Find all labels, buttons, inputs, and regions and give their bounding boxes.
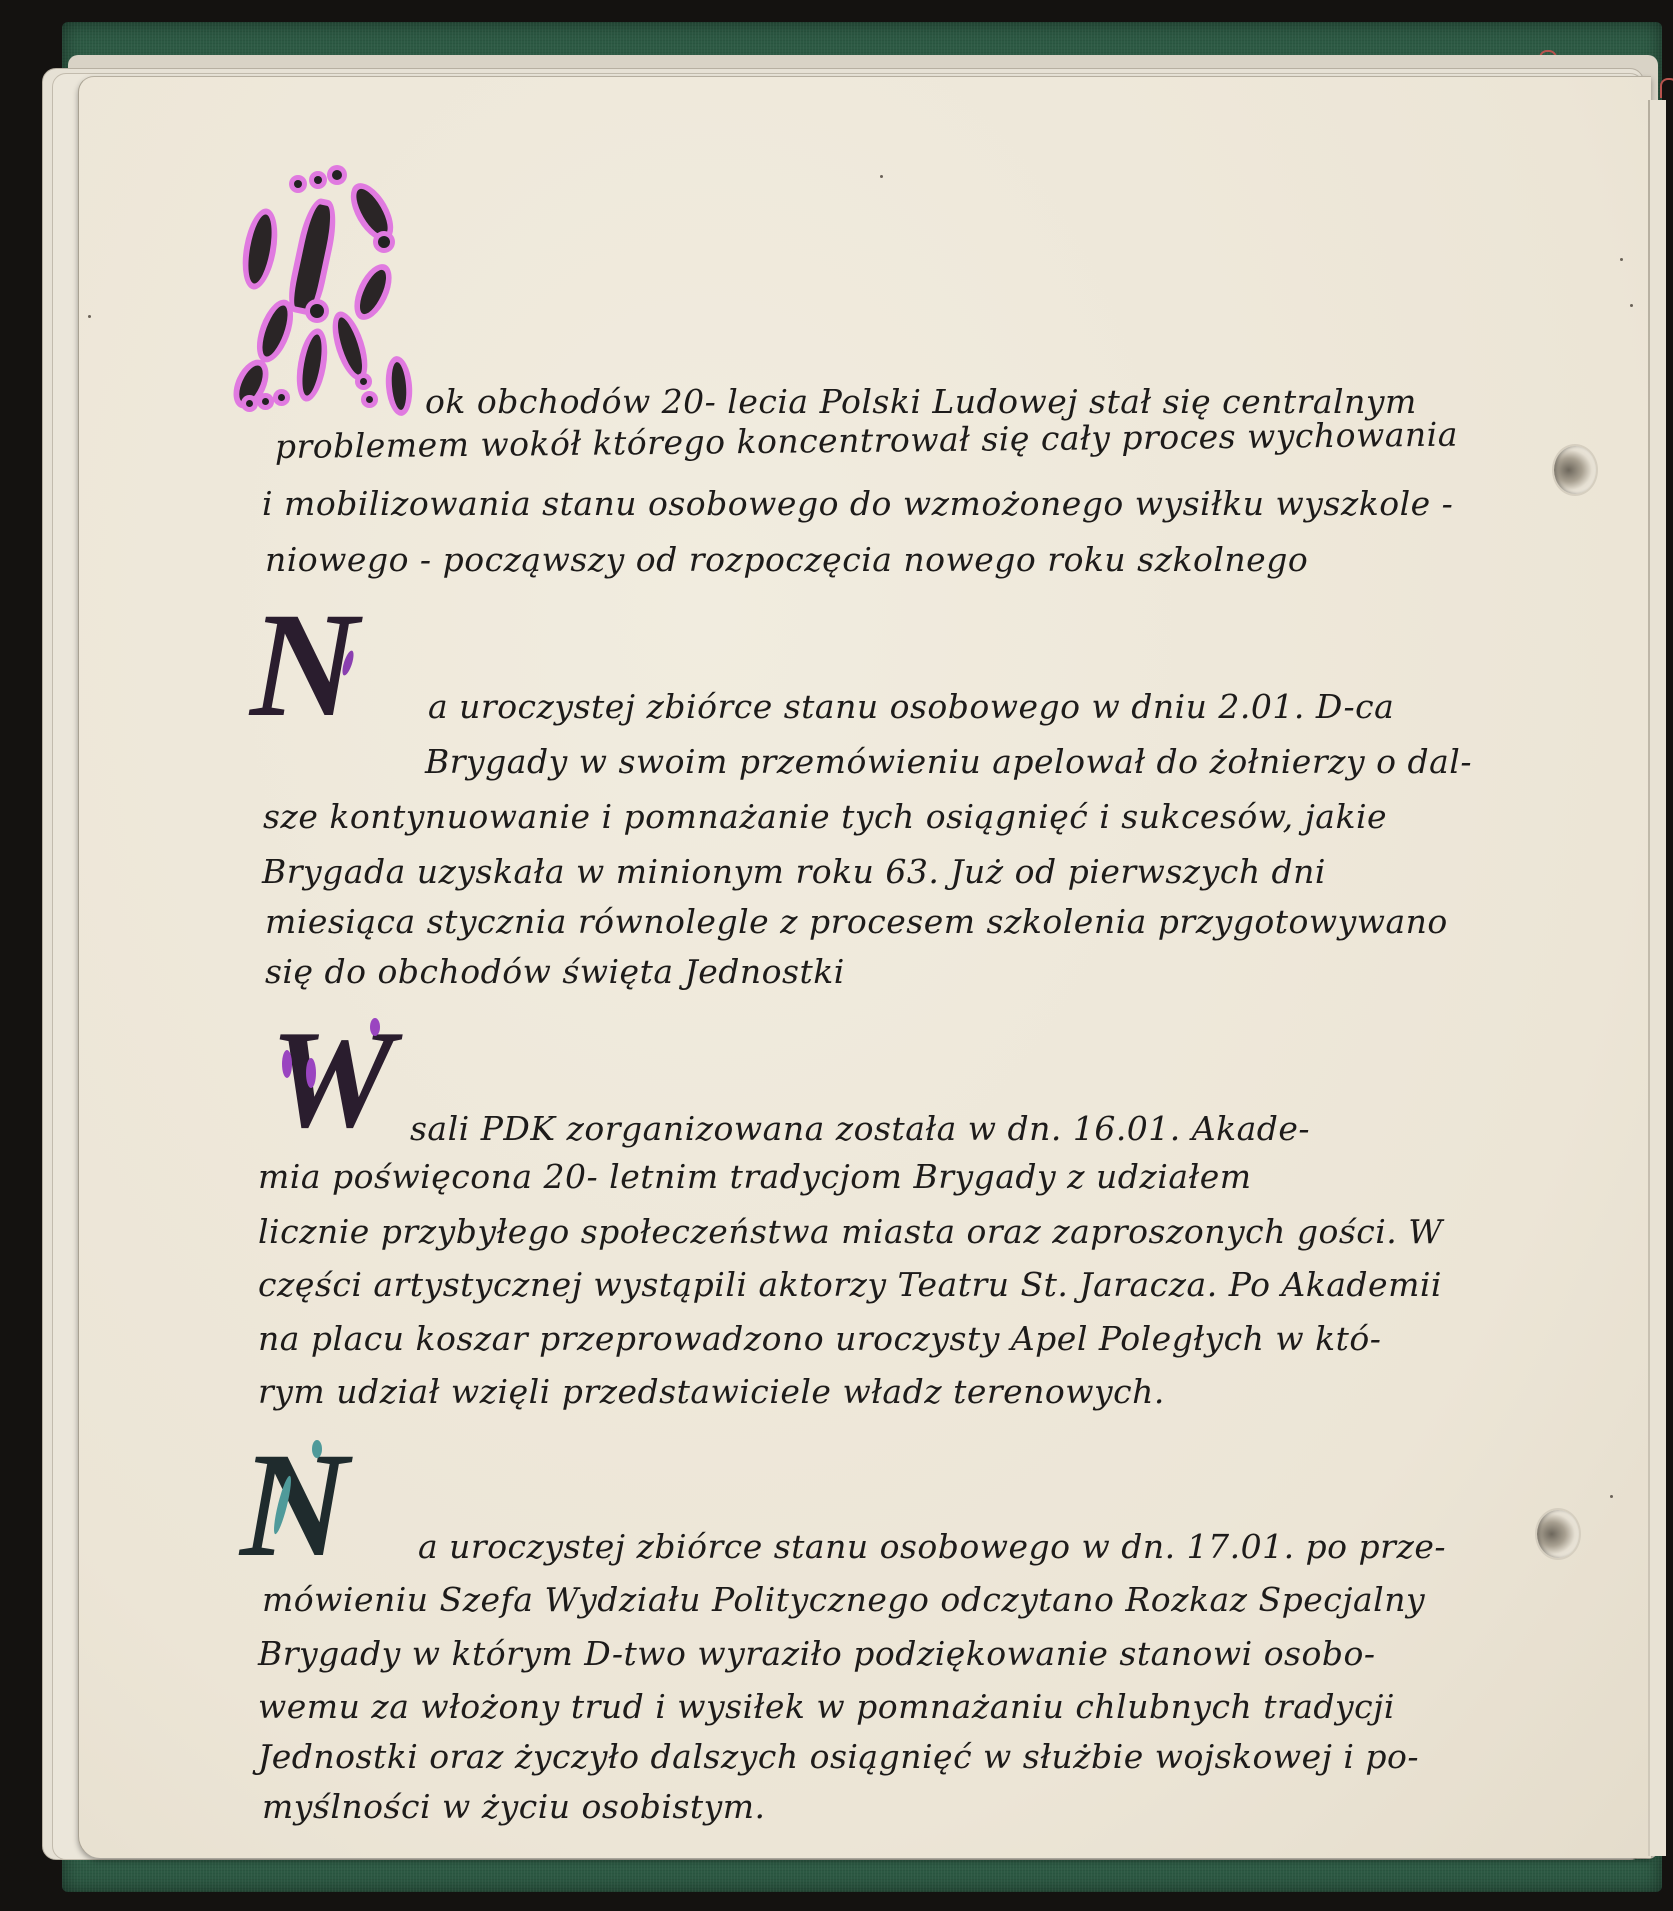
ornament-dot: [278, 394, 285, 401]
paragraph-3-line-6: rym udział wzięli przedstawiciele władz …: [258, 1375, 1165, 1408]
ornament-stroke: [347, 258, 400, 325]
illuminated-initial-r: [236, 168, 436, 408]
paper-speck: [880, 175, 883, 178]
ornament-dot: [378, 236, 390, 248]
paper-speck: [1620, 258, 1623, 261]
paragraph-2-line-6: się do obchodów święta Jednostki: [265, 955, 845, 988]
ornament-dot: [314, 176, 322, 184]
paper-speck: [1630, 304, 1633, 307]
initial-accent: [306, 1058, 316, 1088]
ornament-stroke: [292, 326, 332, 404]
paragraph-1-line-4: niowego - począwszy od rozpoczęcia noweg…: [265, 543, 1308, 576]
ornament-stroke: [342, 176, 402, 247]
ornament-dot: [310, 304, 324, 318]
paragraph-1-line-3: i mobilizowania stanu osobowego do wzmoż…: [262, 487, 1453, 520]
paragraph-4-line-4: wemu za włożony trud i wysiłek w pomnaża…: [258, 1690, 1395, 1723]
paragraph-2-line-2: Brygady w swoim przemówieniu apelował do…: [425, 745, 1472, 778]
initial-accent: [312, 1440, 322, 1458]
paragraph-3-line-2: mia poświęcona 20- letnim tradycjom Bryg…: [258, 1160, 1252, 1193]
paragraph-2-line-5: miesiąca stycznia równolegle z procesem …: [265, 905, 1448, 938]
paragraph-4-line-6: myślności w życiu osobistym.: [262, 1790, 766, 1823]
paragraph-1-line-1: ok obchodów 20- lecia Polski Ludowej sta…: [425, 385, 1417, 418]
paragraph-2-line-4: Brygada uzyskała w minionym roku 63. Już…: [262, 855, 1326, 888]
ornament-dot: [366, 396, 373, 403]
ornament-dot: [294, 180, 302, 188]
paragraph-4-line-1: a uroczystej zbiórce stanu osobowego w d…: [418, 1530, 1446, 1563]
ornament-dot: [262, 398, 269, 405]
ornament-dot: [246, 400, 253, 407]
paragraph-3-line-4: części artystycznej wystąpili aktorzy Te…: [258, 1268, 1442, 1301]
paper-speck: [1610, 1495, 1613, 1498]
paragraph-2-line-1: a uroczystej zbiórce stanu osobowego w d…: [428, 690, 1394, 723]
paragraph-4-line-2: mówieniu Szefa Wydziału Politycznego odc…: [262, 1583, 1425, 1616]
paragraph-3-line-3: licznie przybyłego społeczeństwa miasta …: [258, 1215, 1443, 1248]
ornament-dot: [332, 170, 342, 180]
ornament-stroke: [383, 355, 414, 417]
paragraph-4-line-5: Jednostki oraz życzyło dalszych osiągnię…: [258, 1740, 1419, 1773]
page-content: ok obchodów 20- lecia Polski Ludowej sta…: [0, 0, 1673, 1911]
paragraph-1-line-2: problemem wokół którego koncentrował się…: [275, 418, 1458, 463]
ornament-stroke: [284, 196, 342, 318]
ornament-stroke: [237, 206, 283, 292]
paragraph-2-line-3: sze kontynuowanie i pomnażanie tych osią…: [263, 800, 1387, 833]
ornament-dot: [360, 378, 367, 385]
initial-accent: [282, 1050, 292, 1078]
initial-accent: [370, 1018, 380, 1036]
paragraph-3-line-5: na placu koszar przeprowadzono uroczysty…: [258, 1322, 1381, 1355]
paper-speck: [88, 315, 91, 318]
paragraph-4-line-3: Brygady w którym D-two wyraziło podzięko…: [258, 1637, 1376, 1670]
illuminated-initial-n: N: [240, 1430, 348, 1580]
paragraph-3-line-1: sali PDK zorganizowana została w dn. 16.…: [410, 1112, 1310, 1145]
